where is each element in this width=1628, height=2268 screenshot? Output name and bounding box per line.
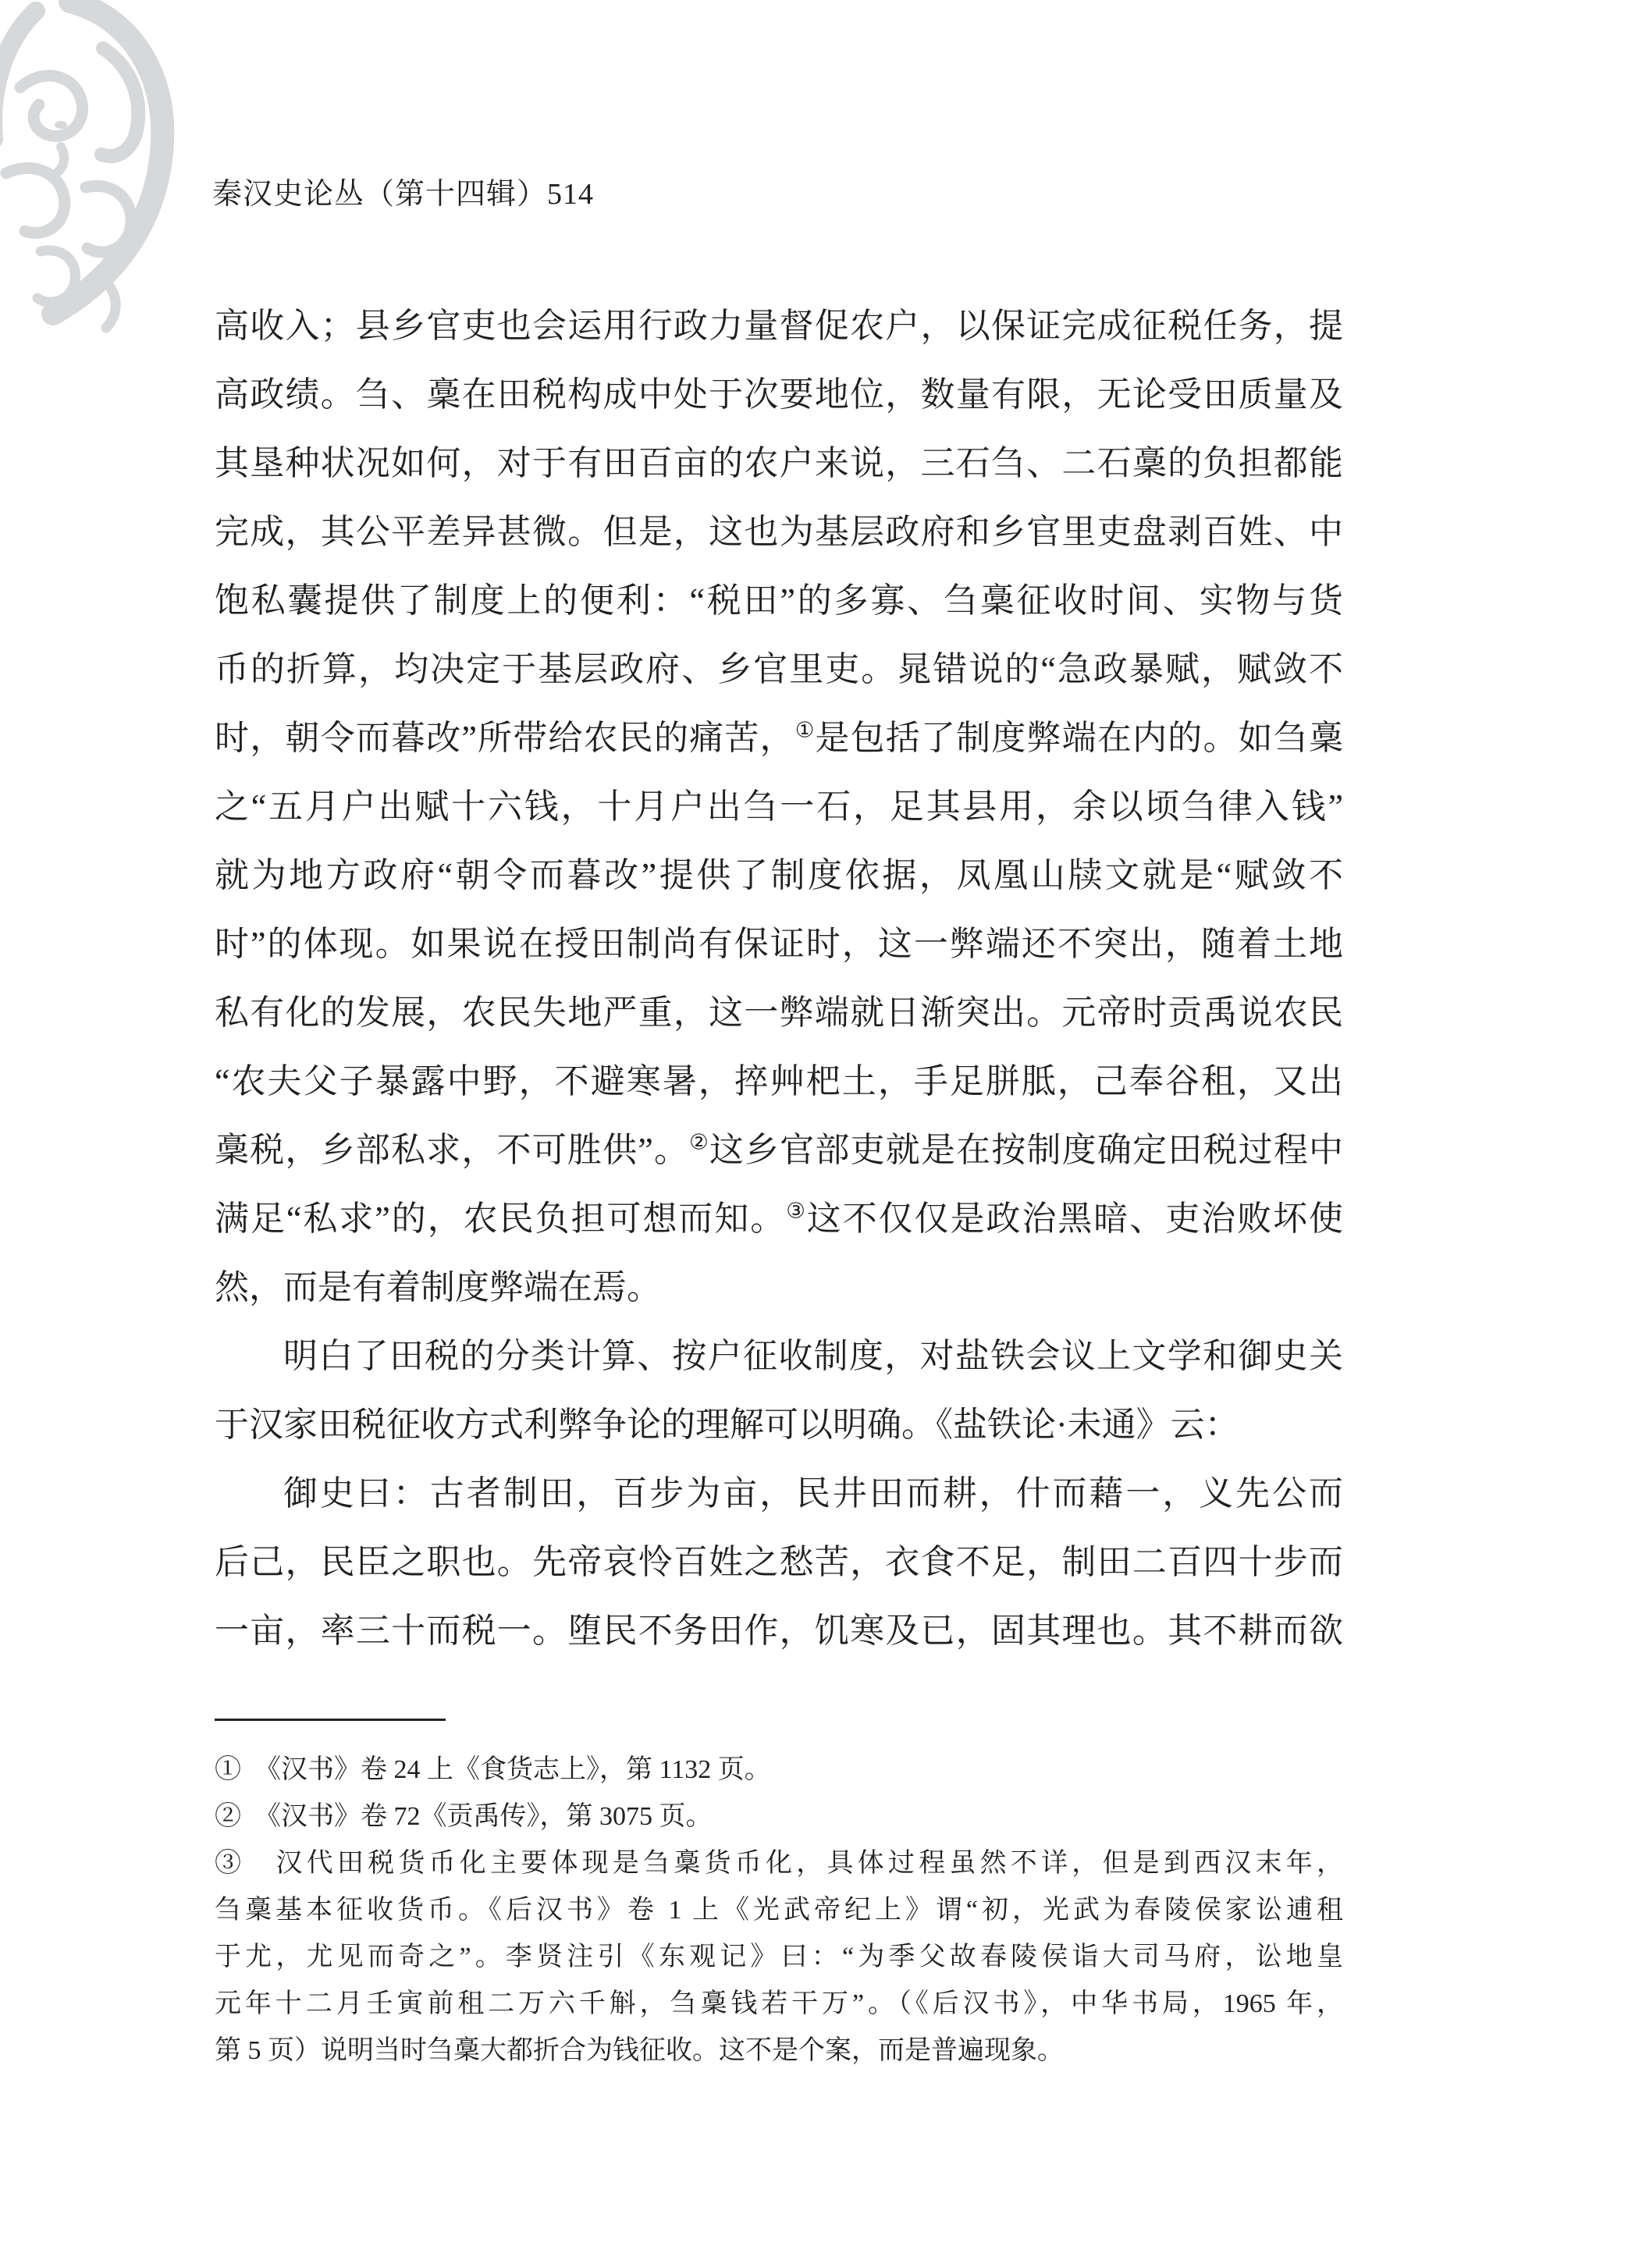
body-text: 高收入；县乡官吏也会运用行政力量督促农户，以保证完成征税任务，提高政绩。刍、稾在… [215,292,1343,1665]
body-line: 稾税，乡部私求，不可胜供”。②这乡官部吏就是在按制度确定田税过程中 [215,1116,1343,1185]
footnote-line: ③ 汉代田税货币化主要体现是刍稾货币化，具体过程虽然不详，但是到西汉末年， [215,1840,1343,1887]
body-line: 然，而是有着制度弊端在焉。 [215,1253,1343,1322]
body-line: 一亩，率三十而税一。堕民不务田作，饥寒及已，固其理也。其不耕而欲 [215,1597,1343,1665]
body-line: 御史曰：古者制田，百步为亩，民井田而耕，什而藉一，义先公而 [215,1459,1343,1528]
body-line: 明白了田税的分类计算、按户征收制度，对盐铁会议上文学和御史关 [215,1322,1343,1391]
footnote-line: 于尤，尤见而奇之”。李贤注引《东观记》曰：“为季父故春陵侯诣大司马府，讼地皇 [215,1934,1343,1981]
body-line: 时，朝令而暮改”所带给农民的痛苦，①是包括了制度弊端在内的。如刍稾 [215,704,1343,773]
footnote-line: 第 5 页）说明当时刍稾大都折合为钱征收。这不是个案，而是普遍现象。 [215,2028,1343,2074]
footnote-ref: ③ [786,1199,806,1222]
footnote-separator [215,1719,446,1721]
running-head: 秦汉史论丛（第十四辑）514 [212,176,594,212]
body-line: 高收入；县乡官吏也会运用行政力量督促农户，以保证完成征税任务，提 [215,292,1343,361]
corner-ornament-icon [0,0,183,339]
page-number: 514 [547,178,594,211]
body-line: 后己，民臣之职也。先帝哀怜百姓之愁苦，衣食不足，制田二百四十步而 [215,1528,1343,1597]
body-line: 高政绩。刍、稾在田税构成中处于次要地位，数量有限，无论受田质量及 [215,361,1343,429]
body-line: 满足“私求”的，农民负担可想而知。③这不仅仅是政治黑暗、吏治败坏使 [215,1185,1343,1253]
body-line: “农夫父子暴露中野，不避寒暑，捽艸杷土，手足胼胝，己奉谷租，又出 [215,1047,1343,1116]
footnote-ref: ② [689,1130,709,1154]
body-line: 就为地方政府“朝令而暮改”提供了制度依据，凤凰山牍文就是“赋敛不 [215,841,1343,910]
footnote-line: 元年十二月壬寅前租二万六千斛，刍稾钱若干万”。（《后汉书》，中华书局，1965 … [215,1981,1343,2028]
body-line: 其垦种状况如何，对于有田百亩的农户来说，三石刍、二石稾的负担都能 [215,429,1343,498]
body-line: 币的折算，均决定于基层政府、乡官里吏。晁错说的“急政暴赋，赋敛不 [215,635,1343,704]
footnote-line: ① 《汉书》卷 24 上《食货志上》，第 1132 页。 [215,1747,1343,1793]
body-line: 时”的体现。如果说在授田制尚有保证时，这一弊端还不突出，随着土地 [215,910,1343,979]
body-line: 之“五月户出赋十六钱，十月户出刍一石，足其县用，余以顷刍律入钱” [215,773,1343,841]
body-line: 完成，其公平差异甚微。但是，这也为基层政府和乡官里吏盘剥百姓、中 [215,498,1343,567]
footnote-line: 刍稾基本征收货币。《后汉书》卷 1 上《光武帝纪上》谓“初，光武为春陵侯家讼逋租 [215,1887,1343,1934]
body-line: 于汉家田税征收方式利弊争论的理解可以明确。《盐铁论·未通》云： [215,1391,1343,1459]
book-page: 秦汉史论丛（第十四辑）514 高收入；县乡官吏也会运用行政力量督促农户，以保证完… [0,0,1628,2268]
footnotes: ① 《汉书》卷 24 上《食货志上》，第 1132 页。② 《汉书》卷 72《贡… [215,1747,1343,2074]
footnote-line: ② 《汉书》卷 72《贡禹传》，第 3075 页。 [215,1793,1343,1840]
body-line: 私有化的发展，农民失地严重，这一弊端就日渐突出。元帝时贡禹说农民 [215,979,1343,1047]
body-line: 饱私囊提供了制度上的便利：“税田”的多寡、刍稾征收时间、实物与货 [215,567,1343,635]
book-title: 秦汉史论丛（第十四辑） [212,178,547,211]
footnote-ref: ① [795,718,816,741]
